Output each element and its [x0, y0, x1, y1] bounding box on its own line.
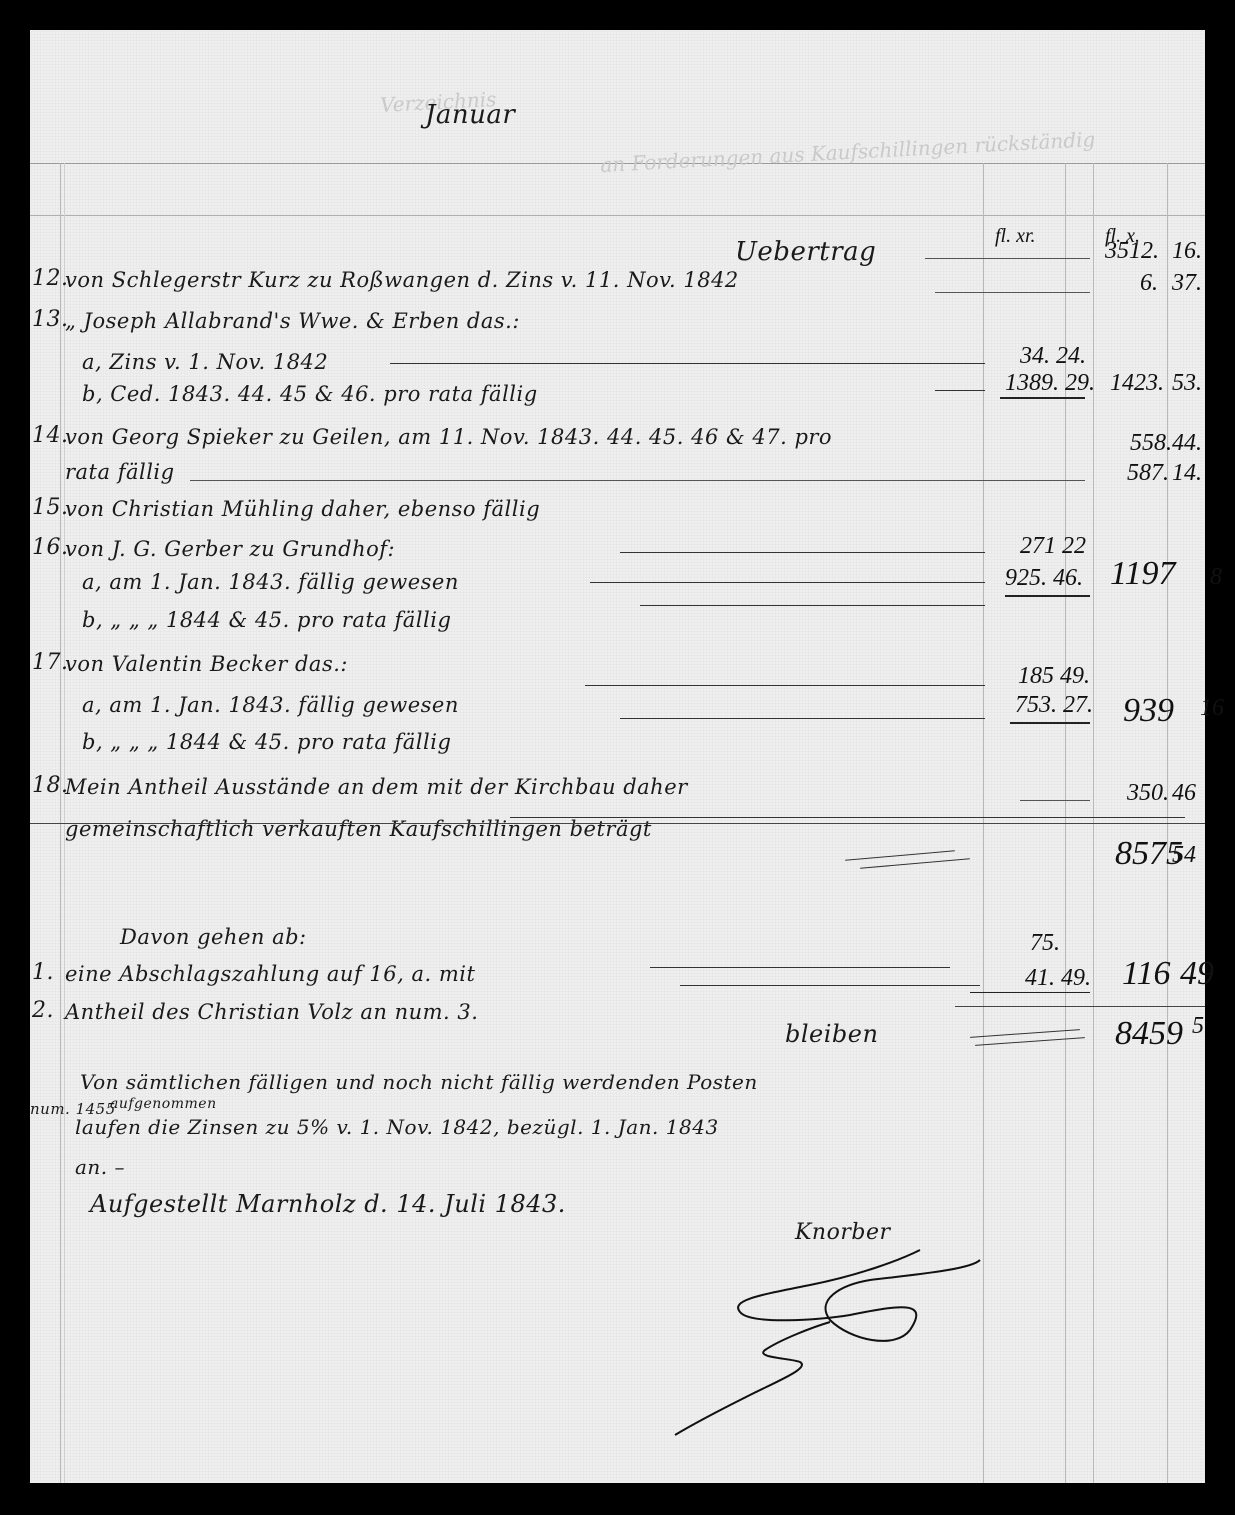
double-line: [845, 850, 955, 861]
entry-text: Mein Antheil Ausstände an dem mit der Ki…: [65, 775, 688, 799]
entry-number: 12.: [32, 266, 69, 291]
subtotal-underline: [970, 992, 1090, 993]
note-line-1: Von sämtlichen fälligen und noch nicht f…: [80, 1070, 758, 1094]
entry-main-x: 53.: [1172, 370, 1202, 397]
leader-line: [620, 552, 985, 553]
entry-main-fl: 558.: [1130, 430, 1172, 457]
subtotal-underline: [1010, 722, 1090, 724]
entry-text: von Valentin Becker das.:: [65, 652, 348, 676]
leader-line: [620, 718, 985, 719]
carryover-label: Uebertrag: [735, 237, 876, 267]
leader-line: [640, 605, 985, 606]
entry-sub-amount: 753. 27.: [1015, 692, 1093, 719]
subtotal-x: 54: [1172, 842, 1196, 869]
entry-text: a, am 1. Jan. 1843. fällig gewesen: [82, 693, 459, 717]
sub-column-header: fl. xr.: [995, 225, 1036, 248]
entry-text: gemeinschaftlich verkauften Kaufschillin…: [65, 817, 652, 841]
leader-line: [925, 258, 1090, 259]
entry-main-x: 8: [1210, 564, 1222, 591]
deduction-text: eine Abschlagszahlung auf 16, a. mit: [65, 962, 475, 986]
entry-text: a, Zins v. 1. Nov. 1842: [82, 350, 328, 374]
leader-line: [650, 967, 950, 968]
entry-number: 17.: [32, 650, 69, 675]
leader-line: [190, 480, 1085, 481]
entry-text: von Schlegerstr Kurz zu Roßwangen d. Zin…: [65, 268, 739, 292]
entry-main-x: 44.: [1172, 430, 1202, 457]
subtotal-underline: [1000, 397, 1085, 399]
entry-sub-amount: 1389. 29.: [1005, 370, 1095, 397]
entry-number: 14.: [32, 423, 69, 448]
total-rule: [955, 1006, 1205, 1007]
leader-line: [680, 985, 980, 986]
entry-number: 13.: [32, 307, 69, 332]
deduction-number: 2.: [32, 998, 54, 1023]
entry-main-x: 16: [1200, 695, 1224, 722]
deduction-total-x: 49: [1180, 955, 1214, 993]
entry-text: b, Ced. 1843. 44. 45 & 46. pro rata fäll…: [82, 382, 538, 406]
leader-line: [590, 582, 985, 583]
entry-text: von Christian Mühling daher, ebenso fäll…: [65, 497, 540, 521]
entry-number: 16.: [32, 535, 69, 560]
remainder-x: 5: [1192, 1013, 1204, 1040]
bleed-through-text: an Forderungen aus Kaufschillingen rücks…: [600, 127, 1096, 177]
page-heading: Januar: [425, 100, 515, 130]
deduction-number: 1.: [32, 960, 54, 985]
entry-main-fl: 939: [1123, 692, 1174, 730]
entry-main-x: 14.: [1172, 460, 1202, 487]
header-rule: [30, 215, 1205, 216]
entry-main-fl: 587.: [1127, 460, 1169, 487]
double-line: [975, 1037, 1085, 1046]
entry-text: von Georg Spieker zu Geilen, am 11. Nov.…: [65, 425, 832, 449]
entry-main-fl: 1197: [1110, 555, 1175, 593]
total-rule: [30, 823, 1205, 824]
document-page: Verzeichnis an Forderungen aus Kaufschil…: [30, 30, 1205, 1483]
entry-text: rata fällig: [65, 460, 175, 484]
leader-line: [935, 390, 985, 391]
entry-number: 18.: [32, 773, 69, 798]
leader-line: [510, 817, 1185, 818]
closing-line: Aufgestellt Marnholz d. 14. Juli 1843.: [90, 1190, 566, 1218]
entry-sub-amount: 34. 24.: [1020, 343, 1086, 370]
subtotal-underline: [1005, 595, 1090, 597]
note-line-2: laufen die Zinsen zu 5% v. 1. Nov. 1842,…: [75, 1115, 719, 1139]
entry-sub-amount: 271 22: [1020, 533, 1086, 560]
note-inserted-word: aufgenommen: [110, 1096, 217, 1112]
deduction-total-fl: 116: [1122, 955, 1170, 993]
double-line: [970, 1029, 1080, 1038]
remainder-label: bleiben: [785, 1020, 878, 1048]
entry-text: a, am 1. Jan. 1843. fällig gewesen: [82, 570, 459, 594]
entry-text: b, „ „ „ 1844 & 45. pro rata fällig: [82, 608, 451, 632]
entry-text: b, „ „ „ 1844 & 45. pro rata fällig: [82, 730, 451, 754]
carryover-fl: 3512.: [1105, 238, 1159, 265]
entry-main-fl: 6.: [1140, 270, 1158, 297]
entry-main-fl: 350.: [1127, 780, 1169, 807]
entry-text: von J. G. Gerber zu Grundhof:: [65, 537, 395, 561]
entry-number: 15.: [32, 495, 69, 520]
deduction-text: Antheil des Christian Volz an num. 3.: [65, 1000, 478, 1024]
entry-sub-amount: 925. 46.: [1005, 565, 1083, 592]
carryover-x: 16.: [1172, 238, 1202, 265]
entry-main-x: 37.: [1172, 270, 1202, 297]
deduction-sub-amount: 41. 49.: [1025, 965, 1091, 992]
double-line: [860, 858, 970, 869]
note-line-3: an. –: [75, 1155, 125, 1179]
leader-line: [390, 363, 985, 364]
entry-main-x: 46: [1172, 780, 1196, 807]
remainder-fl: 8459: [1115, 1015, 1183, 1053]
deduction-sub-amount: 75.: [1030, 930, 1060, 957]
entry-text: „ Joseph Allabrand's Wwe. & Erben das.:: [65, 309, 520, 333]
leader-line: [585, 685, 985, 686]
deductions-heading: Davon gehen ab:: [120, 925, 307, 949]
leader-line: [1020, 800, 1090, 801]
signature-flourish-icon: [670, 1240, 990, 1440]
leader-line: [935, 292, 1090, 293]
entry-sub-amount: 185 49.: [1018, 663, 1090, 690]
entry-main-fl: 1423.: [1110, 370, 1164, 397]
